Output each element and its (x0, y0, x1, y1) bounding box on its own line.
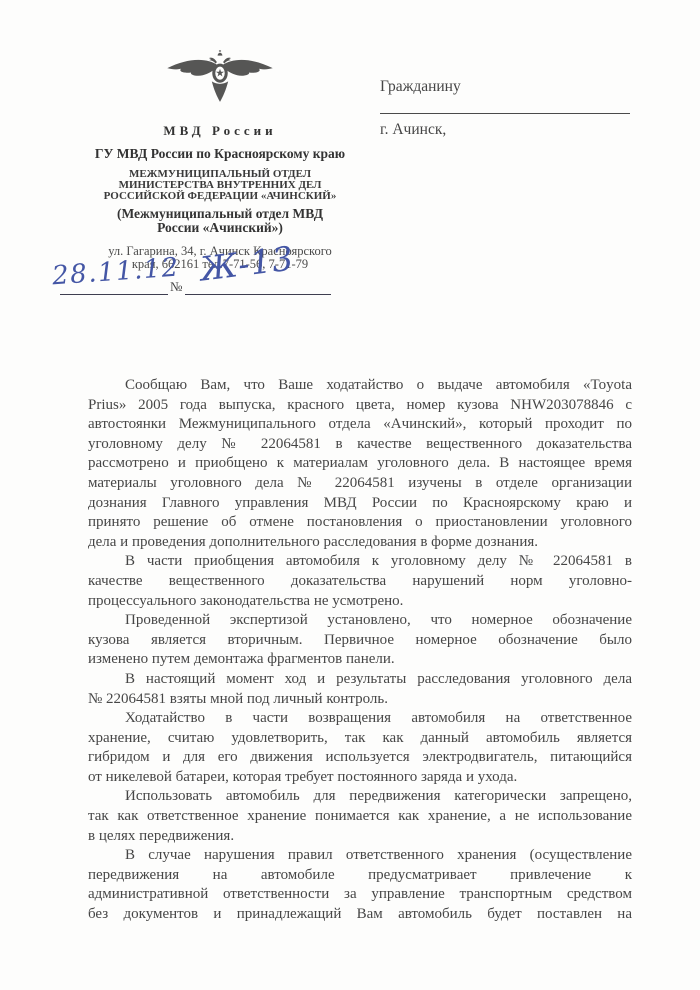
text-line: Использовать автомобиль для передвижения… (88, 787, 632, 807)
text-line: хранение, считаю удовлетворить, так как … (88, 729, 632, 749)
document-body: Сообщаю Вам, что Ваше ходатайство о выда… (88, 376, 632, 925)
text-line: № 22064581 взяты мной под личный контрол… (88, 690, 632, 710)
mvd-double-headed-eagle-icon (164, 50, 276, 110)
text-line: процессуального законодательства не усмо… (88, 592, 632, 612)
addressee-name-blank-line (380, 113, 630, 114)
text-line: Сообщаю Вам, что Ваше ходатайство о выда… (88, 376, 632, 396)
text-line: Ходатайство в части возвращения автомоби… (88, 709, 632, 729)
text-line: передвижения на автомобиле предусматрива… (88, 866, 632, 886)
text-line: России «Ачинский») (52, 221, 388, 236)
text-line: рассмотрено и приобщено к материалам уго… (88, 454, 632, 474)
unit-name-short: (Межмуниципальный отдел МВДРоссии «Ачинс… (52, 207, 388, 236)
text-line: дела и проведения дополнительного рассле… (88, 533, 632, 553)
addressee-salutation: Гражданину (380, 78, 632, 96)
text-line: В случае нарушения правил ответственного… (88, 846, 632, 866)
paragraph: Сообщаю Вам, что Ваше ходатайство о выда… (88, 376, 632, 552)
text-line: РОССИЙСКОЙ ФЕДЕРАЦИИ «АЧИНСКИЙ» (52, 191, 388, 202)
main-department-name: ГУ МВД России по Красноярскому краю (52, 146, 388, 162)
paragraph: В настоящий момент ход и результаты расс… (88, 670, 632, 709)
text-line: изменено путем демонтажа фрагментов пане… (88, 650, 632, 670)
text-line: В настоящий момент ход и результаты расс… (88, 670, 632, 690)
letterhead: МВД России ГУ МВД России по Красноярском… (52, 50, 388, 272)
text-line: (Межмуниципальный отдел МВД (52, 207, 388, 222)
text-line: дознания Главного управления МВД России … (88, 494, 632, 514)
text-line: принято решение об отмене постановления … (88, 513, 632, 533)
text-line: в целях передвижения. (88, 827, 632, 847)
paragraph: В части приобщения автомобиля к уголовно… (88, 552, 632, 611)
text-line: так как ответственное хранение понимаетс… (88, 807, 632, 827)
paragraph: Использовать автомобиль для передвижения… (88, 787, 632, 846)
ministry-name: МВД России (52, 123, 388, 139)
text-line: от никелевой батареи, которая требует по… (88, 768, 632, 788)
text-line: автостоянки Межмуниципального отдела «Ач… (88, 415, 632, 435)
ref-date-handwritten: 28.11.12 (51, 253, 181, 292)
paragraph: В случае нарушения правил ответственного… (88, 846, 632, 924)
text-line: материалы уголовного дела № 22064581 изу… (88, 474, 632, 494)
text-line: кузова является вторичным. Первичное ном… (88, 631, 632, 651)
text-line: административной ответственности за упра… (88, 885, 632, 905)
addressee-city: г. Ачинск, (380, 121, 632, 139)
ref-number-line (185, 294, 331, 295)
text-line: уголовному делу № 22064581 в качестве ве… (88, 435, 632, 455)
ref-date-line (60, 294, 168, 295)
text-line: без документов и принадлежащий Вам автом… (88, 905, 632, 925)
text-line: Prius» 2005 года выпуска, красного цвета… (88, 396, 632, 416)
text-line: гибридом и для его движения используется… (88, 748, 632, 768)
paragraph: Ходатайство в части возвращения автомоби… (88, 709, 632, 787)
text-line: Проведенной экспертизой установлено, что… (88, 611, 632, 631)
text-line: качестве вещественного доказательства на… (88, 572, 632, 592)
reference-row: № 28.11.12 Ж-13 (52, 248, 352, 308)
unit-name-caps: МЕЖМУНИЦИПАЛЬНЫЙ ОТДЕЛМИНИСТЕРСТВА ВНУТР… (52, 169, 388, 203)
text-line: В части приобщения автомобиля к уголовно… (88, 552, 632, 572)
addressee-block: Гражданину г. Ачинск, (380, 78, 632, 139)
paragraph: Проведенной экспертизой установлено, что… (88, 611, 632, 670)
scanned-letter-page: МВД России ГУ МВД России по Красноярском… (0, 0, 700, 990)
